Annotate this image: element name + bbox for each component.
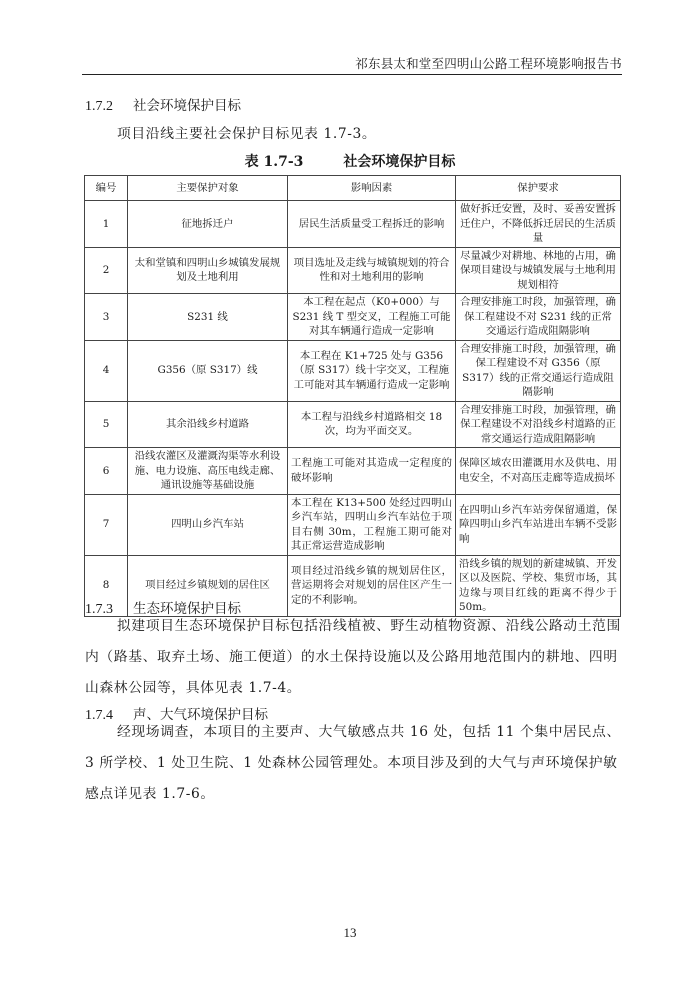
table-caption-number: 表 1.7-3 bbox=[245, 154, 304, 170]
cell-factor: 居民生活质量受工程拆迁的影响 bbox=[288, 201, 456, 248]
cell-object: 四明山乡汽车站 bbox=[128, 494, 288, 555]
cell-factor: 项目选址及走线与城镇规划的符合性和对土地利用的影响 bbox=[288, 247, 456, 294]
cell-id: 1 bbox=[85, 201, 128, 248]
cell-id: 4 bbox=[85, 340, 128, 401]
cell-factor: 本工程在 K1+725 处与 G356（原 S317）线十字交叉，工程施工可能对… bbox=[288, 340, 456, 401]
cell-requirement: 做好拆迁安置，及时、妥善安置拆迁住户，不降低拆迁居民的生活质量 bbox=[456, 201, 621, 248]
cell-requirement: 保障区域农田灌溉用水及供电、用电安全，不对高压走廊等造成损坏 bbox=[456, 448, 621, 495]
cell-requirement: 尽量减少对耕地、林地的占用，确保项目建设与城镇发展与土地利用规划相符 bbox=[456, 247, 621, 294]
cell-requirement: 在四明山乡汽车站旁保留通道，保障四明山乡汽车站进出车辆不受影响 bbox=[456, 494, 621, 555]
table-row: 7 四明山乡汽车站 本工程在 K13+500 处经过四明山乡汽车站，四明山乡汽车… bbox=[85, 494, 621, 555]
cell-object: 沿线农灌区及灌溉沟渠等水利设施、电力设施、高压电线走廊、通讯设施等基础设施 bbox=[128, 448, 288, 495]
column-header-factor: 影响因素 bbox=[288, 176, 456, 201]
cell-factor: 工程施工可能对其造成一定程度的破坏影响 bbox=[288, 448, 456, 495]
cell-object: 其余沿线乡村道路 bbox=[128, 401, 288, 448]
table-row: 5 其余沿线乡村道路 本工程与沿线乡村道路相交 18 次，均为平面交叉。 合理安… bbox=[85, 401, 621, 448]
section-heading-1-7-2: 1.7.2社会环境保护目标 bbox=[85, 94, 241, 115]
cell-factor: 本工程与沿线乡村道路相交 18 次，均为平面交叉。 bbox=[288, 401, 456, 448]
cell-requirement: 沿线乡镇的规划的新建城镇、开发区以及医院、学校、集贸市场，其边缘与项目红线的距离… bbox=[456, 555, 621, 616]
cell-id: 6 bbox=[85, 448, 128, 495]
cell-object: 征地拆迁户 bbox=[128, 201, 288, 248]
table-row: 6 沿线农灌区及灌溉沟渠等水利设施、电力设施、高压电线走廊、通讯设施等基础设施 … bbox=[85, 448, 621, 495]
cell-factor: 本工程在起点（K0+000）与 S231 线 T 型交叉，工程施工可能对其车辆通… bbox=[288, 294, 456, 341]
table-row: 1 征地拆迁户 居民生活质量受工程拆迁的影响 做好拆迁安置，及时、妥善安置拆迁住… bbox=[85, 201, 621, 248]
cell-requirement: 合理安排施工时段，加强管理，确保工程建设不对沿线乡村道路的正常交通运行造成阻隔影… bbox=[456, 401, 621, 448]
section-number: 1.7.2 bbox=[85, 99, 133, 115]
cell-object: S231 线 bbox=[128, 294, 288, 341]
cell-requirement: 合理安排施工时段，加强管理，确保工程建设不对 G356（原 S317）线的正常交… bbox=[456, 340, 621, 401]
table-caption-title: 社会环境保护目标 bbox=[343, 154, 455, 170]
cell-id: 2 bbox=[85, 247, 128, 294]
section-body-noise-air: 经现场调查，本项目的主要声、大气敏感点共 16 处，包括 11 个集中居民点、3… bbox=[85, 717, 621, 810]
column-header-requirement: 保护要求 bbox=[456, 176, 621, 201]
table-row: 4 G356（原 S317）线 本工程在 K1+725 处与 G356（原 S3… bbox=[85, 340, 621, 401]
cell-object: 太和堂镇和四明山乡城镇发展规划及土地利用 bbox=[128, 247, 288, 294]
document-title: 祁东县太和堂至四明山公路工程环境影响报告书 bbox=[355, 54, 622, 72]
section-intro-text: 项目沿线主要社会保护目标见表 1.7-3。 bbox=[117, 122, 376, 142]
running-header: 祁东县太和堂至四明山公路工程环境影响报告书 bbox=[82, 50, 622, 75]
table-row: 2 太和堂镇和四明山乡城镇发展规划及土地利用 项目选址及走线与城镇规划的符合性和… bbox=[85, 247, 621, 294]
cell-id: 5 bbox=[85, 401, 128, 448]
section-body-ecology: 拟建项目生态环境保护目标包括沿线植被、野生动植物资源、沿线公路动土范围内（路基、… bbox=[85, 611, 621, 704]
table-caption: 表 1.7-3社会环境保护目标 bbox=[0, 151, 700, 171]
cell-factor: 本工程在 K13+500 处经过四明山乡汽车站，四明山乡汽车站位于项目右侧 30… bbox=[288, 494, 456, 555]
section-title: 社会环境保护目标 bbox=[133, 98, 241, 114]
cell-id: 3 bbox=[85, 294, 128, 341]
table-row: 3 S231 线 本工程在起点（K0+000）与 S231 线 T 型交叉，工程… bbox=[85, 294, 621, 341]
cell-requirement: 合理安排施工时段，加强管理，确保工程建设不对 S231 线的正常交通运行造成阻隔… bbox=[456, 294, 621, 341]
cell-id: 7 bbox=[85, 494, 128, 555]
column-header-object: 主要保护对象 bbox=[128, 176, 288, 201]
social-protection-table: 编号 主要保护对象 影响因素 保护要求 1 征地拆迁户 居民生活质量受工程拆迁的… bbox=[84, 175, 621, 617]
cell-object: G356（原 S317）线 bbox=[128, 340, 288, 401]
column-header-id: 编号 bbox=[85, 176, 128, 201]
table-header-row: 编号 主要保护对象 影响因素 保护要求 bbox=[85, 176, 621, 201]
cell-factor: 项目经过沿线乡镇的规划居住区，营运期将会对规划的居住区产生一定的不利影响。 bbox=[288, 555, 456, 616]
page-number: 13 bbox=[0, 925, 700, 941]
